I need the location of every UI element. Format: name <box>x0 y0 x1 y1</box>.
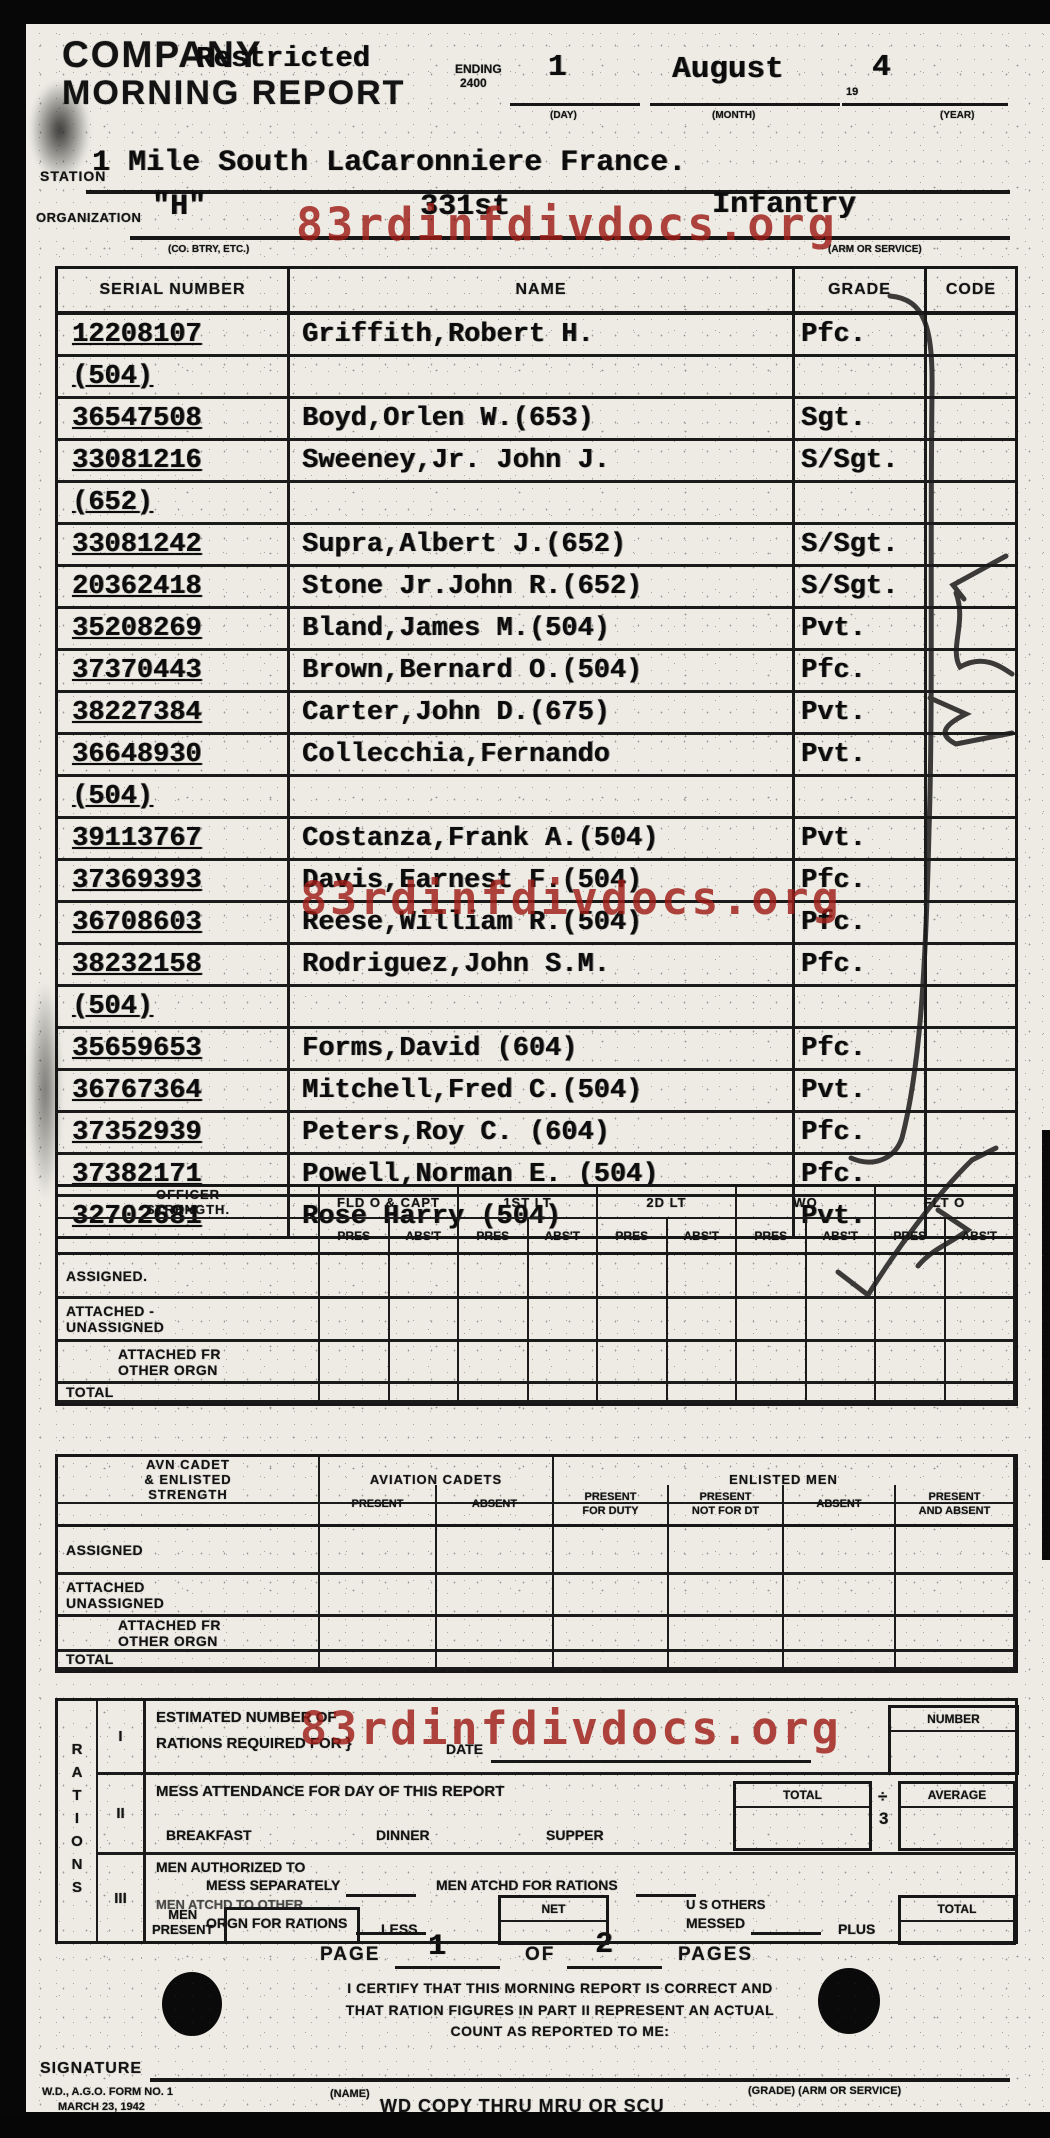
table-row: (504) <box>58 987 1015 1029</box>
empty-cell <box>320 1299 390 1342</box>
empty-cell <box>784 1575 896 1617</box>
code-cell <box>927 525 1015 564</box>
code-cell <box>927 1113 1015 1152</box>
average-box: AVERAGE <box>898 1781 1016 1851</box>
rations-side-label: RATIONS <box>58 1701 98 1941</box>
table-row: 36767364 Mitchell,Fred C.(504) Pvt. <box>58 1071 1015 1113</box>
empty-cell <box>876 1299 946 1342</box>
name-cell: Mitchell,Fred C.(504) <box>290 1071 795 1110</box>
col-header-code: CODE <box>927 269 1015 311</box>
pages-label: PAGES <box>678 1944 753 1966</box>
men-present-label: MEN PRESENT <box>152 1907 213 1937</box>
average-box-label: AVERAGE <box>901 1784 1013 1808</box>
abst-header: ABS'T <box>946 1219 1016 1255</box>
table-row: 37370443 Brown,Bernard O.(504) Pfc. <box>58 651 1015 693</box>
empty-cell <box>669 1617 784 1652</box>
net-box: NET <box>498 1895 609 1945</box>
strength-row: ASSIGNED. <box>58 1255 1015 1299</box>
serial-cell: 36708603 <box>58 903 290 942</box>
enlisted-present-not-for-duty-header: PRESENT NOT FOR DT <box>669 1485 784 1527</box>
empty-cell <box>737 1299 807 1342</box>
mess-separately-label: MESS SEPARATELY <box>206 1877 340 1893</box>
empty-cell <box>320 1651 437 1670</box>
strength-row: ATTACHED FR OTHER ORGN <box>58 1617 1015 1651</box>
code-cell <box>927 819 1015 858</box>
serial-cell: 35659653 <box>58 1029 290 1068</box>
table-row: (652) <box>58 483 1015 525</box>
grade-cell: Pvt. <box>795 693 927 732</box>
empty-cell <box>946 1255 1016 1299</box>
enlisted-present-and-absent-header: PRESENT AND ABSENT <box>896 1485 1015 1527</box>
scanned-morning-report: COMPANY Restricted MORNING REPORT ENDING… <box>0 0 1050 2138</box>
watermark: 83rdinfdivdocs.org <box>300 872 842 925</box>
serial-cell: 33081216 <box>58 441 290 480</box>
empty-cell <box>320 1342 390 1384</box>
code-cell <box>927 441 1015 480</box>
pres-header: PRES <box>598 1219 668 1255</box>
table-row: 36648930 Collecchia,Fernando Pvt. <box>58 735 1015 777</box>
table-row: 35208269 Bland,James M.(504) Pvt. <box>58 609 1015 651</box>
code-cell <box>927 567 1015 606</box>
col-header-name: NAME <box>290 269 795 311</box>
divide-by: 3 <box>879 1809 888 1829</box>
form-date: MARCH 23, 1942 <box>58 2101 145 2113</box>
serial-cell: 37370443 <box>58 651 290 690</box>
name-cell: Peters,Roy C. (604) <box>290 1113 795 1152</box>
table-row: 12208107 Griffith,Robert H. Pfc. <box>58 315 1015 357</box>
name-cell: Supra,Albert J.(652) <box>290 525 795 564</box>
roster-header-row: SERIAL NUMBER NAME GRADE CODE <box>58 269 1015 315</box>
name-cell: Griffith,Robert H. <box>290 315 795 354</box>
code-cell <box>927 483 1015 522</box>
year-underline <box>842 103 1008 106</box>
name-cell <box>290 987 795 1026</box>
empty-cell <box>390 1384 460 1403</box>
table-row: (504) <box>58 777 1015 819</box>
strength-row: TOTAL <box>58 1384 1015 1403</box>
code-cell <box>927 1071 1015 1110</box>
serial-cell: 12208107 <box>58 315 290 354</box>
table-row: 36547508 Boyd,Orlen W.(653) Sgt. <box>58 399 1015 441</box>
empty-cell <box>896 1575 1015 1617</box>
empty-cell <box>554 1527 669 1575</box>
grade-cell: S/Sgt. <box>795 525 927 564</box>
pres-header: PRES <box>737 1219 807 1255</box>
cadet-group-header-row: AVN CADET & ENLISTED STRENGTH AVIATION C… <box>58 1457 1015 1485</box>
cadet-present-header: PRESENT <box>320 1485 437 1527</box>
row3-total-box: TOTAL <box>898 1895 1016 1945</box>
code-cell <box>927 735 1015 774</box>
cadet-subheader-row: PRESENT ABSENT PRESENT FOR DUTY PRESENT … <box>58 1485 1015 1527</box>
empty-cell <box>529 1342 599 1384</box>
serial-cell: 36648930 <box>58 735 290 774</box>
numeral-III: III <box>98 1855 143 1941</box>
classification-stamp: Restricted <box>196 42 370 75</box>
signature-label: SIGNATURE <box>40 2060 142 2078</box>
grade-arm-caption: (GRADE) (ARM OR SERVICE) <box>748 2085 901 2097</box>
punch-hole-left <box>162 1972 222 2036</box>
empty-cell <box>876 1384 946 1403</box>
empty-cell <box>390 1255 460 1299</box>
number-box: NUMBER <box>888 1705 1019 1775</box>
grade-cell: Pvt. <box>795 1071 927 1110</box>
abst-header: ABS'T <box>390 1219 460 1255</box>
table-row: 20362418 Stone Jr.John R.(652) S/Sgt. <box>58 567 1015 609</box>
row-label: TOTAL <box>58 1651 320 1670</box>
grade-cell: S/Sgt. <box>795 567 927 606</box>
empty-cell <box>554 1575 669 1617</box>
serial-cell: 38227384 <box>58 693 290 732</box>
empty-cell <box>876 1342 946 1384</box>
scan-smudge <box>30 80 90 180</box>
strength-row: ASSIGNED <box>58 1527 1015 1575</box>
serial-cell: 39113767 <box>58 819 290 858</box>
code-cell <box>927 861 1015 900</box>
grade-cell <box>795 357 927 396</box>
group-2d-lt: 2D LT <box>598 1187 737 1219</box>
scan-edge-artifact <box>1042 1130 1050 1560</box>
serial-cell: 37369393 <box>58 861 290 900</box>
empty-cell <box>668 1342 738 1384</box>
signature-line <box>150 2078 1010 2082</box>
date-day-value: 1 <box>548 50 567 85</box>
row3-total-label: TOTAL <box>901 1898 1013 1922</box>
empty-cell <box>784 1617 896 1652</box>
cadet-absent-header: ABSENT <box>437 1485 554 1527</box>
day-underline <box>510 103 640 106</box>
breakfast-label: BREAKFAST <box>166 1827 252 1843</box>
name-cell: Stone Jr.John R.(652) <box>290 567 795 606</box>
name-cell <box>290 777 795 816</box>
grade-cell: Pfc. <box>795 651 927 690</box>
dinner-label: DINNER <box>376 1827 430 1843</box>
empty-cell <box>459 1384 529 1403</box>
year-prefix: 19 <box>846 86 858 98</box>
abst-header: ABS'T <box>529 1219 599 1255</box>
roster-table: SERIAL NUMBER NAME GRADE CODE 12208107 G… <box>55 266 1018 1239</box>
empty-cell <box>437 1617 554 1652</box>
month-underline <box>650 103 840 106</box>
plus-label: PLUS <box>838 1921 875 1937</box>
organization-label: ORGANIZATION <box>36 210 141 225</box>
day-label: (DAY) <box>550 110 577 121</box>
cert-line-1: I CERTIFY THAT THIS MORNING REPORT IS CO… <box>280 1978 840 2000</box>
empty-cell <box>437 1527 554 1575</box>
page-label: PAGE <box>320 1944 380 1966</box>
empty-cell <box>669 1527 784 1575</box>
group-1st-lt: 1ST LT <box>459 1187 598 1219</box>
empty-cell <box>784 1527 896 1575</box>
strength-row: ATTACHED - UNASSIGNED <box>58 1299 1015 1342</box>
code-cell <box>927 315 1015 354</box>
name-cell: Collecchia,Fernando <box>290 735 795 774</box>
station-underline <box>86 190 1010 194</box>
empty-cell <box>946 1384 1016 1403</box>
ending-label: ENDING 2400 <box>455 62 502 90</box>
empty-cell <box>390 1299 460 1342</box>
grade-cell <box>795 483 927 522</box>
supper-label: SUPPER <box>546 1827 604 1843</box>
serial-cell: 36767364 <box>58 1071 290 1110</box>
empty-cell <box>459 1255 529 1299</box>
empty-cell <box>668 1384 738 1403</box>
form-title-line2: MORNING REPORT <box>62 74 405 113</box>
empty-cell <box>390 1342 460 1384</box>
of-label: OF <box>525 1944 555 1966</box>
grade-cell: Sgt. <box>795 399 927 438</box>
date-year-value: 4 <box>872 50 891 85</box>
grade-cell: Pfc. <box>795 1113 927 1152</box>
table-row: 33081242 Supra,Albert J.(652) S/Sgt. <box>58 525 1015 567</box>
form-number: W.D., A.G.O. FORM NO. 1 <box>42 2086 173 2098</box>
table-row: 38227384 Carter,John D.(675) Pvt. <box>58 693 1015 735</box>
numeral-I: I <box>98 1701 143 1775</box>
mess-total-label: TOTAL <box>736 1784 869 1808</box>
officer-strength-table: OFFICER STRENGTH. FLD O & CAPT 1ST LT 2D… <box>55 1184 1018 1406</box>
name-cell: Sweeney,Jr. John J. <box>290 441 795 480</box>
empty-cell <box>876 1255 946 1299</box>
empty-cell <box>320 1617 437 1652</box>
empty-cell <box>459 1342 529 1384</box>
empty-cell <box>529 1255 599 1299</box>
station-value: 1 Mile South LaCaronniere France. <box>92 146 686 180</box>
table-row: 38232158 Rodriguez,John S.M. Pfc. <box>58 945 1015 987</box>
cert-line-3: COUNT AS REPORTED TO ME: <box>280 2021 840 2043</box>
less-label: LESS <box>381 1921 418 1937</box>
grade-cell: Pfc. <box>795 315 927 354</box>
rations-row-2: MESS ATTENDANCE FOR DAY OF THIS REPORT B… <box>146 1775 1015 1855</box>
messed-label: MESSED <box>686 1915 745 1931</box>
table-row: 39113767 Costanza,Frank A.(504) Pvt. <box>58 819 1015 861</box>
empty-cell <box>320 1575 437 1617</box>
rations-row-3: MEN AUTHORIZED TO MESS SEPARATELY MEN AT… <box>146 1855 1015 1941</box>
serial-cell: (652) <box>58 483 290 522</box>
number-box-label: NUMBER <box>891 1708 1016 1732</box>
serial-cell: (504) <box>58 987 290 1026</box>
roster-body: 12208107 Griffith,Robert H. Pfc. (504) 3… <box>58 315 1015 1236</box>
empty-cell <box>668 1255 738 1299</box>
empty-cell <box>807 1384 877 1403</box>
table-row: (504) <box>58 357 1015 399</box>
grade-cell <box>795 777 927 816</box>
grade-cell: Pfc. <box>795 945 927 984</box>
name-cell: Forms,David (604) <box>290 1029 795 1068</box>
strength-row: TOTAL <box>58 1651 1015 1670</box>
grade-cell: Pvt. <box>795 735 927 774</box>
serial-cell: (504) <box>58 777 290 816</box>
serial-cell: 36547508 <box>58 399 290 438</box>
serial-cell: 37352939 <box>58 1113 290 1152</box>
col-header-grade: GRADE <box>795 269 927 311</box>
code-cell <box>927 1029 1015 1068</box>
group-flt-o: FLT O <box>876 1187 1015 1219</box>
col-header-serial: SERIAL NUMBER <box>58 269 290 311</box>
name-caption: (NAME) <box>330 2088 370 2100</box>
ending-hours: 2400 <box>455 76 502 90</box>
empty-cell <box>946 1299 1016 1342</box>
empty-cell <box>669 1575 784 1617</box>
code-cell <box>927 609 1015 648</box>
code-cell <box>927 399 1015 438</box>
serial-cell: 20362418 <box>58 567 290 606</box>
empty-cell <box>437 1651 554 1670</box>
officer-table-body: ASSIGNED. ATTACHED - UNASSIGNED <box>58 1255 1015 1403</box>
name-cell: Carter,John D.(675) <box>290 693 795 732</box>
divide-sign: ÷ <box>878 1787 887 1807</box>
enlisted-absent-header: ABSENT <box>784 1485 896 1527</box>
name-cell <box>290 483 795 522</box>
grade-cell: Pvt. <box>795 819 927 858</box>
cadet-enlisted-strength-table: AVN CADET & ENLISTED STRENGTH AVIATION C… <box>55 1454 1018 1673</box>
month-label: (MONTH) <box>712 110 755 121</box>
row-label: ATTACHED FR OTHER ORGN <box>58 1342 320 1384</box>
officer-subheader-row: PRES ABS'T PRES ABS'T PRES ABS'T PRES AB… <box>58 1219 1015 1255</box>
pres-header: PRES <box>320 1219 390 1255</box>
row-label: ASSIGNED <box>58 1527 320 1575</box>
empty-cell <box>807 1255 877 1299</box>
code-cell <box>927 903 1015 942</box>
cert-line-2: THAT RATION FIGURES IN PART II REPRESENT… <box>280 2000 840 2022</box>
mess-attendance-label: MESS ATTENDANCE FOR DAY OF THIS REPORT <box>156 1783 504 1800</box>
certification-text: I CERTIFY THAT THIS MORNING REPORT IS CO… <box>280 1978 840 2043</box>
abst-header: ABS'T <box>807 1219 877 1255</box>
empty-cell <box>529 1384 599 1403</box>
serial-cell: (504) <box>58 357 290 396</box>
scan-bottom-edge <box>0 2118 1050 2138</box>
scan-smudge <box>28 980 62 1200</box>
row-label: TOTAL <box>58 1384 320 1403</box>
group-fldo-capt: FLD O & CAPT <box>320 1187 459 1219</box>
empty-cell <box>896 1651 1015 1670</box>
row-label: ATTACHED FR OTHER ORGN <box>58 1617 320 1652</box>
punch-hole-right <box>818 1968 880 2034</box>
row-label: ATTACHED UNASSIGNED <box>58 1575 320 1617</box>
empty-cell <box>598 1255 668 1299</box>
pres-header: PRES <box>459 1219 529 1255</box>
table-row: 35659653 Forms,David (604) Pfc. <box>58 1029 1015 1071</box>
empty-cell <box>320 1255 390 1299</box>
strength-row: ATTACHED UNASSIGNED <box>58 1575 1015 1617</box>
empty-cell <box>896 1527 1015 1575</box>
watermark: 83rdinfdivdocs.org <box>296 198 838 251</box>
date-month-value: August <box>672 52 784 87</box>
empty-cell <box>529 1299 599 1342</box>
numeral-II: II <box>98 1775 143 1855</box>
year-label: (YEAR) <box>940 110 974 121</box>
grade-cell <box>795 987 927 1026</box>
rations-numeral-column: I II III <box>98 1701 146 1941</box>
men-authorized-label: MEN AUTHORIZED TO <box>156 1859 305 1875</box>
ending-label-top: ENDING <box>455 62 502 76</box>
abst-header: ABS'T <box>668 1219 738 1255</box>
empty-cell <box>320 1384 390 1403</box>
officer-strength-title: OFFICER STRENGTH. <box>58 1187 320 1219</box>
strength-row: ATTACHED FR OTHER ORGN <box>58 1342 1015 1384</box>
pres-header: PRES <box>876 1219 946 1255</box>
watermark: 83rdinfdivdocs.org <box>300 1702 842 1755</box>
empty-cell <box>554 1617 669 1652</box>
wd-copy-note: WD COPY THRU MRU OR SCU <box>380 2096 665 2117</box>
men-present-box <box>224 1907 360 1943</box>
table-row: 37352939 Peters,Roy C. (604) Pfc. <box>58 1113 1015 1155</box>
us-others-label: U S OTHERS <box>686 1897 765 1912</box>
empty-cell <box>668 1299 738 1342</box>
empty-cell <box>598 1384 668 1403</box>
officer-group-header-row: OFFICER STRENGTH. FLD O & CAPT 1ST LT 2D… <box>58 1187 1015 1219</box>
enlisted-present-for-duty-header: PRESENT FOR DUTY <box>554 1485 669 1527</box>
row-label: ATTACHED - UNASSIGNED <box>58 1299 320 1342</box>
org-sublabel-right: (ARM OR SERVICE) <box>828 244 922 255</box>
table-row: 33081216 Sweeney,Jr. John J. S/Sgt. <box>58 441 1015 483</box>
code-cell <box>927 693 1015 732</box>
cadet-table-body: ASSIGNED ATTACHED UNASSIGNED ATTACHED FR… <box>58 1527 1015 1670</box>
code-cell <box>927 945 1015 984</box>
org-sublabel-left: (CO. BTRY, ETC.) <box>168 244 249 255</box>
code-cell <box>927 987 1015 1026</box>
name-cell: Costanza,Frank A.(504) <box>290 819 795 858</box>
name-cell <box>290 357 795 396</box>
empty-cell <box>807 1342 877 1384</box>
empty-cell <box>437 1575 554 1617</box>
grade-cell: Pvt. <box>795 609 927 648</box>
name-cell: Rodriguez,John S.M. <box>290 945 795 984</box>
name-cell: Brown,Bernard O.(504) <box>290 651 795 690</box>
net-box-label: NET <box>501 1898 606 1922</box>
group-wo: WO <box>737 1187 876 1219</box>
row-label: ASSIGNED. <box>58 1255 320 1299</box>
empty-cell <box>459 1299 529 1342</box>
serial-cell: 33081242 <box>58 525 290 564</box>
grade-cell: S/Sgt. <box>795 441 927 480</box>
empty-cell <box>669 1651 784 1670</box>
code-cell <box>927 357 1015 396</box>
mess-total-box: TOTAL <box>733 1781 872 1851</box>
empty-cell <box>807 1299 877 1342</box>
empty-cell <box>946 1342 1016 1384</box>
empty-cell <box>737 1384 807 1403</box>
empty-cell <box>896 1617 1015 1652</box>
name-cell: Boyd,Orlen W.(653) <box>290 399 795 438</box>
serial-cell: 38232158 <box>58 945 290 984</box>
empty-cell <box>320 1527 437 1575</box>
empty-cell <box>554 1651 669 1670</box>
code-cell <box>927 651 1015 690</box>
grade-cell: Pfc. <box>795 1029 927 1068</box>
org-unit-value: "H" <box>152 190 206 224</box>
code-cell <box>927 777 1015 816</box>
serial-cell: 35208269 <box>58 609 290 648</box>
name-cell: Bland,James M.(504) <box>290 609 795 648</box>
empty-cell <box>598 1342 668 1384</box>
men-atchd-rations-label: MEN ATCHD FOR RATIONS <box>436 1877 618 1893</box>
empty-cell <box>737 1255 807 1299</box>
empty-cell <box>784 1651 896 1670</box>
empty-cell <box>598 1299 668 1342</box>
empty-cell <box>737 1342 807 1384</box>
